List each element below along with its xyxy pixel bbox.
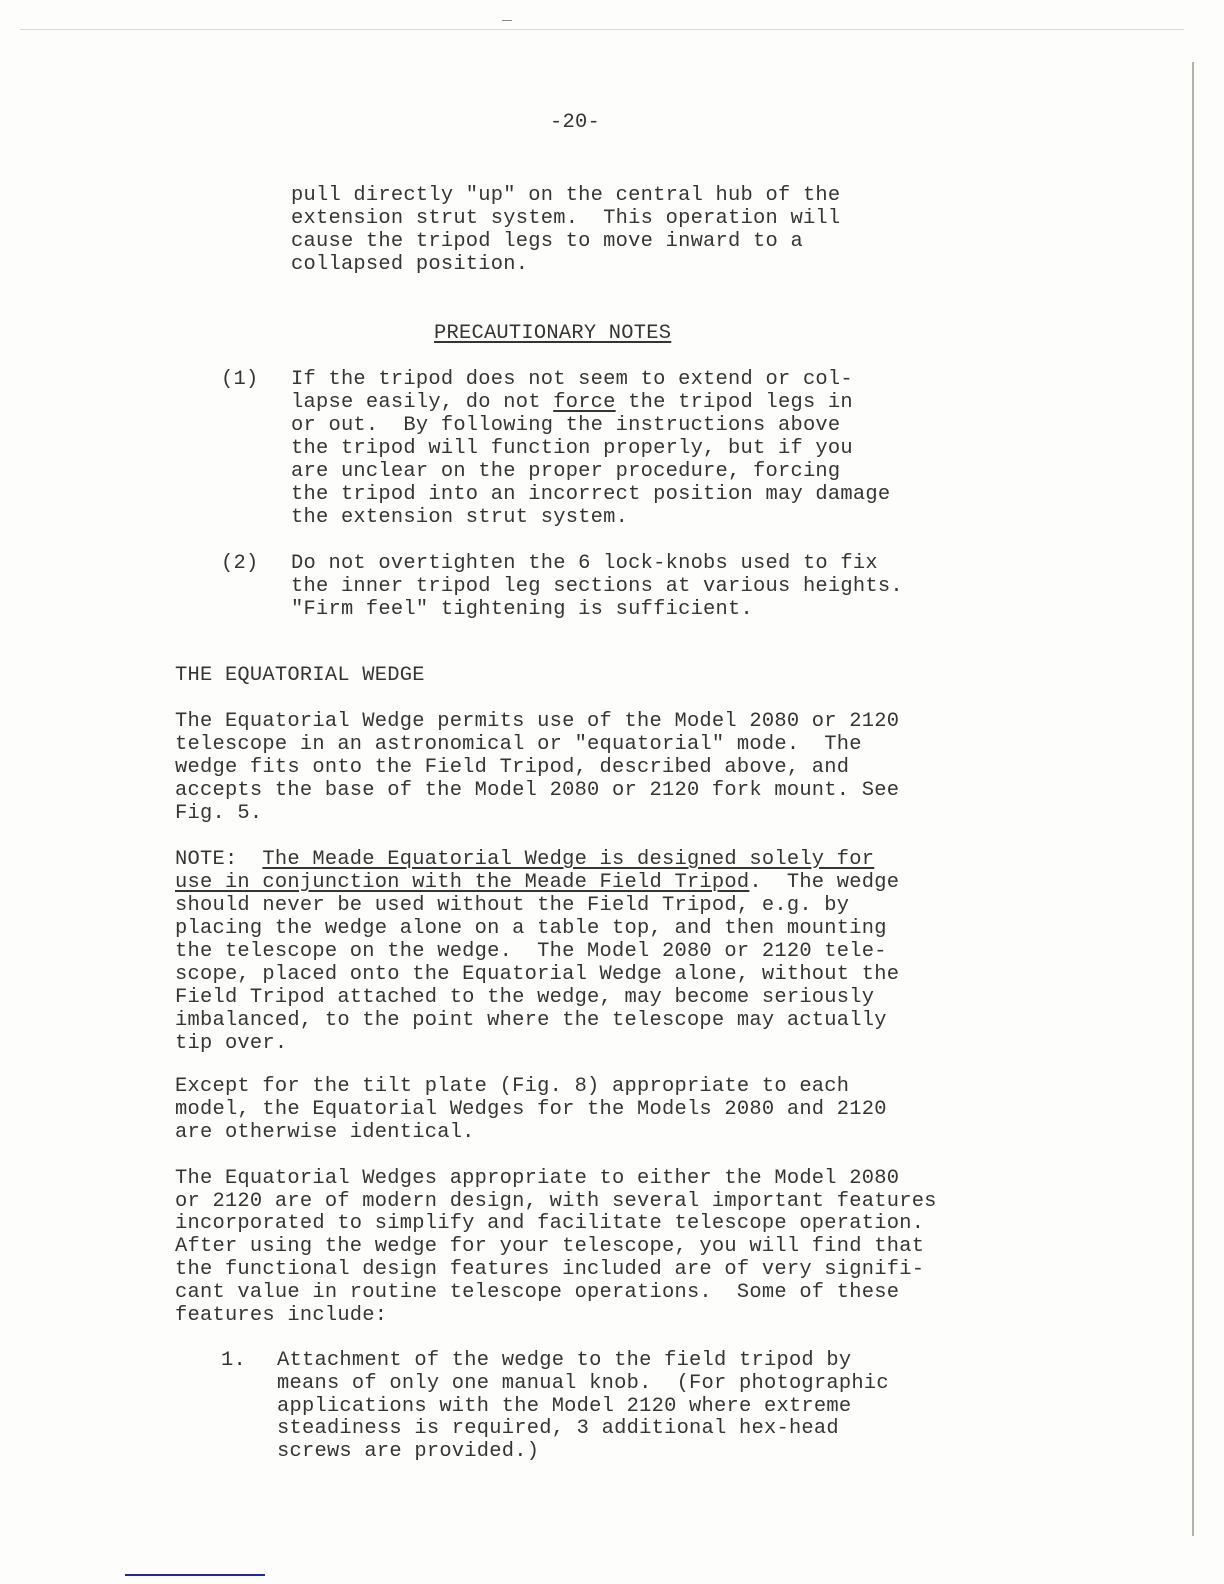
emphasis-force: force xyxy=(553,391,615,414)
text-line: accepts the base of the Model 2080 or 21… xyxy=(175,780,899,803)
text-line: or out. By following the instructions ab… xyxy=(291,415,840,438)
text-line: features include: xyxy=(175,1305,387,1328)
text-line: The Equatorial Wedge permits use of the … xyxy=(175,711,899,734)
text-line: incorporated to simplify and facilitate … xyxy=(175,1213,924,1236)
text-line: placing the wedge alone on a table top, … xyxy=(175,918,887,941)
underlined-warning: use in conjunction with the Meade Field … xyxy=(175,871,749,894)
text-line: Do not overtighten the 6 lock-knobs used… xyxy=(291,553,878,576)
text-line: telescope in an astronomical or "equator… xyxy=(175,734,862,757)
text-line: the tripod will function properly, but i… xyxy=(291,438,853,461)
text-line: Field Tripod attached to the wedge, may … xyxy=(175,987,874,1010)
text-line: NOTE: The Meade Equatorial Wedge is desi… xyxy=(175,849,874,872)
text-line: "Firm feel" tightening is sufficient. xyxy=(291,599,753,622)
text-line: imbalanced, to the point where the teles… xyxy=(175,1010,887,1033)
bottom-blue-rule xyxy=(125,1574,265,1576)
text-line: wedge fits onto the Field Tripod, descri… xyxy=(175,757,849,780)
text-line: extension strut system. This operation w… xyxy=(291,208,840,231)
page-number: -20- xyxy=(550,112,600,135)
text-line: scope, placed onto the Equatorial Wedge … xyxy=(175,964,899,987)
text-line: Fig. 5. xyxy=(175,803,262,826)
text-line: or 2120 are of modern design, with sever… xyxy=(175,1191,937,1214)
text-span: the tripod legs in xyxy=(616,391,853,414)
text-line: model, the Equatorial Wedges for the Mod… xyxy=(175,1099,887,1122)
text-line: the extension strut system. xyxy=(291,507,628,530)
text-line: the tripod into an incorrect position ma… xyxy=(291,484,890,507)
note-marker: (1) xyxy=(221,369,258,392)
text-line: the inner tripod leg sections at various… xyxy=(291,576,903,599)
list-marker: 1. xyxy=(221,1350,246,1373)
text-line: means of only one manual knob. (For phot… xyxy=(277,1373,889,1396)
text-line: pull directly "up" on the central hub of… xyxy=(291,185,840,208)
section-heading: THE EQUATORIAL WEDGE xyxy=(175,665,425,688)
text-line: lapse easily, do not force the tripod le… xyxy=(291,392,853,415)
text-line: screws are provided.) xyxy=(277,1441,539,1464)
text-span: lapse easily, do not xyxy=(291,391,553,414)
text-line: Except for the tilt plate (Fig. 8) appro… xyxy=(175,1076,849,1099)
note-label: NOTE: xyxy=(175,848,262,871)
text-line: If the tripod does not seem to extend or… xyxy=(291,369,853,392)
precautionary-heading: PRECAUTIONARY NOTES xyxy=(434,323,671,346)
text-line: applications with the Model 2120 where e… xyxy=(277,1396,851,1419)
underlined-warning: The Meade Equatorial Wedge is designed s… xyxy=(262,848,874,871)
text-line: The Equatorial Wedges appropriate to eit… xyxy=(175,1168,899,1191)
text-line: steadiness is required, 3 additional hex… xyxy=(277,1418,839,1441)
text-line: are otherwise identical. xyxy=(175,1122,475,1145)
top-tick-mark xyxy=(502,20,512,21)
text-span: . The wedge xyxy=(749,871,899,894)
text-line: use in conjunction with the Meade Field … xyxy=(175,872,899,895)
note-marker: (2) xyxy=(221,553,258,576)
page-edge-line xyxy=(1192,62,1194,1536)
text-line: cause the tripod legs to move inward to … xyxy=(291,231,803,254)
text-line: cant value in routine telescope operatio… xyxy=(175,1282,899,1305)
text-line: collapsed position. xyxy=(291,254,528,277)
text-line: tip over. xyxy=(175,1033,287,1056)
text-line: After using the wedge for your telescope… xyxy=(175,1236,924,1259)
text-line: should never be used without the Field T… xyxy=(175,895,849,918)
text-line: the telescope on the wedge. The Model 20… xyxy=(175,941,887,964)
text-line: Attachment of the wedge to the field tri… xyxy=(277,1350,851,1373)
top-rule xyxy=(20,29,1184,30)
text-line: are unclear on the proper procedure, for… xyxy=(291,461,840,484)
text-line: the functional design features included … xyxy=(175,1259,924,1282)
